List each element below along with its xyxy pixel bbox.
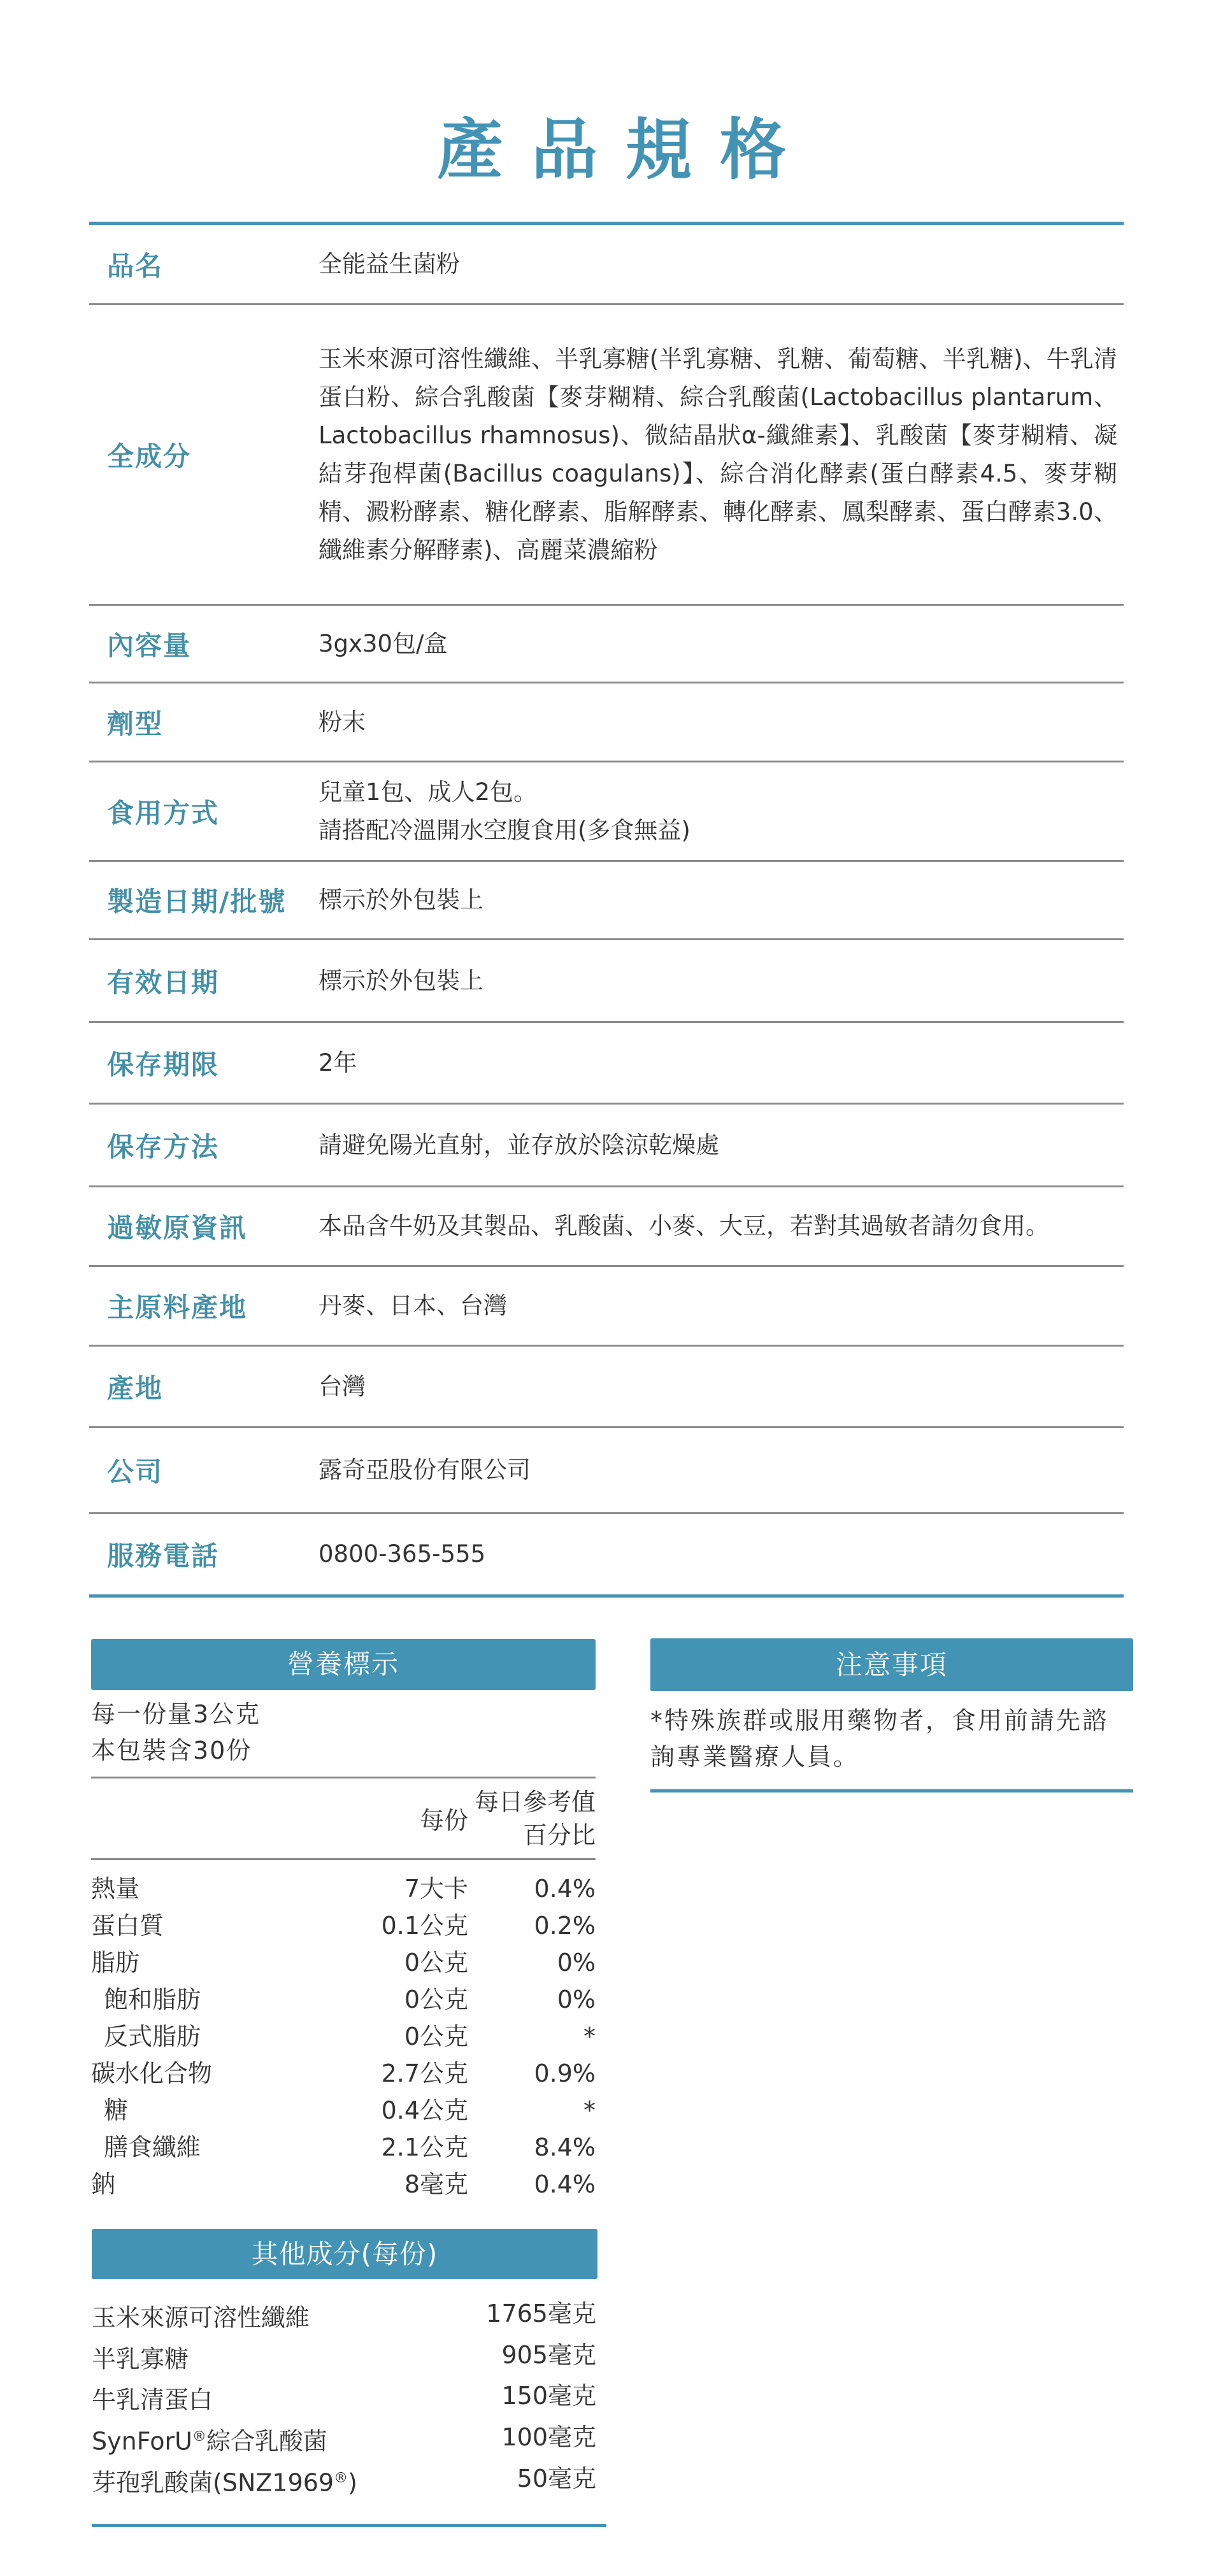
ingredient-name: 芽孢乳酸菌(SNZ1969®) <box>92 2460 517 2501</box>
ingredient-name: 牛乳清蛋白 <box>92 2377 501 2419</box>
caution-panel: 注意事項 *特殊族群或服用藥物者，食用前請先諮詢專業醫療人員。 <box>650 1638 1133 1792</box>
nutrient-per-serving: 0.1公克 <box>341 1907 468 1944</box>
spec-label: 劑型 <box>89 703 318 741</box>
nutrient-daily-percent: * <box>468 2092 596 2129</box>
ingredient-amount: 100毫克 <box>501 2419 596 2460</box>
spec-value-line: 兒童1包、成人2包。 <box>318 773 1117 812</box>
spec-value-line: 台灣 <box>318 1368 1117 1406</box>
nutrient-per-serving: 0公克 <box>341 2018 468 2055</box>
nutrition-row: 反式脂肪0公克* <box>91 2018 596 2055</box>
nutrition-row: 脂肪0公克0% <box>91 1944 596 1981</box>
nutrient-per-serving: 0.4公克 <box>341 2092 468 2129</box>
caution-bottom-divider <box>650 1789 1133 1792</box>
spec-value-line: 露奇亞股份有限公司 <box>318 1451 1117 1489</box>
spec-rows: 品名全能益生菌粉全成分玉米來源可溶性纖維、半乳寡糖(半乳寡糖、乳糖、葡萄糖、半乳… <box>89 225 1124 1598</box>
nutrient-name: 碳水化合物 <box>91 2055 341 2092</box>
nutrition-row: 碳水化合物2.7公克0.9% <box>91 2055 596 2092</box>
spec-value: 兒童1包、成人2包。請搭配冷溫開水空腹食用(多食無益) <box>318 773 1124 850</box>
spec-row: 公司露奇亞股份有限公司 <box>89 1428 1124 1514</box>
spec-label: 服務電話 <box>89 1535 318 1573</box>
spec-value: 3gx30包/盒 <box>318 625 1124 663</box>
spec-value: 玉米來源可溶性纖維、半乳寡糖(半乳寡糖、乳糖、葡萄糖、半乳糖)、牛乳清蛋白粉、綜… <box>318 340 1124 569</box>
ingredient-amount: 905毫克 <box>501 2336 596 2378</box>
spec-value-line: 2年 <box>318 1044 1117 1082</box>
spec-value-line: 請搭配冷溫開水空腹食用(多食無益) <box>318 812 1117 850</box>
nutrient-per-serving: 2.7公克 <box>341 2055 468 2092</box>
nutrient-name: 糖 <box>91 2092 341 2129</box>
nutrient-name: 反式脂肪 <box>91 2018 341 2055</box>
nutrition-rows: 熱量7大卡0.4%蛋白質0.1公克0.2%脂肪0公克0%飽和脂肪0公克0%反式脂… <box>91 1860 596 2203</box>
nutrient-per-serving: 0公克 <box>341 1944 468 1981</box>
serving-size: 每一份量3公克 <box>91 1696 596 1733</box>
servings-per-pack: 本包裝含30份 <box>91 1733 596 1769</box>
nutrient-name: 脂肪 <box>91 1944 341 1981</box>
ingredient-name: 半乳寡糖 <box>92 2336 501 2378</box>
registered-mark: ® <box>192 2429 206 2445</box>
nutrient-daily-percent: 0.9% <box>468 2055 596 2092</box>
nutrient-name: 鈉 <box>91 2166 341 2203</box>
nutrition-row: 鈉8毫克0.4% <box>91 2166 596 2203</box>
nutrient-daily-percent: 0.2% <box>468 1907 596 1944</box>
ingredient-row: SynForU®綜合乳酸菌100毫克 <box>92 2419 596 2460</box>
col-daily-value: 每日參考值 百分比 <box>468 1785 596 1852</box>
spec-row: 產地台灣 <box>89 1347 1124 1428</box>
spec-value: 露奇亞股份有限公司 <box>318 1451 1124 1489</box>
nutrition-row: 飽和脂肪0公克0% <box>91 1981 596 2018</box>
spec-value: 標示於外包裝上 <box>318 881 1124 919</box>
ingredient-amount: 150毫克 <box>501 2377 596 2419</box>
nutrient-per-serving: 7大卡 <box>341 1870 468 1907</box>
spec-value: 標示於外包裝上 <box>318 962 1124 1000</box>
spec-label: 產地 <box>89 1368 318 1406</box>
caution-header: 注意事項 <box>650 1638 1133 1691</box>
page-title: 產品規格 <box>0 105 1223 194</box>
nutrient-per-serving: 8毫克 <box>341 2166 468 2203</box>
ingredient-amount: 1765毫克 <box>486 2295 596 2336</box>
ingredient-name: 玉米來源可溶性纖維 <box>92 2295 486 2336</box>
nutrition-row: 糖0.4公克* <box>91 2092 596 2129</box>
spec-value-line: 玉米來源可溶性纖維、半乳寡糖(半乳寡糖、乳糖、葡萄糖、半乳糖)、牛乳清蛋白粉、綜… <box>318 340 1117 569</box>
ingredient-row: 半乳寡糖905毫克 <box>92 2336 596 2378</box>
spec-value: 本品含牛奶及其製品、乳酸菌、小麥、大豆，若對其過敏者請勿食用。 <box>318 1207 1124 1245</box>
spec-row: 有效日期標示於外包裝上 <box>89 940 1124 1023</box>
nutrition-row: 膳食纖維2.1公克8.4% <box>91 2129 596 2166</box>
spec-row: 保存方法請避免陽光直射，並存放於陰涼乾燥處 <box>89 1105 1124 1187</box>
spec-label: 食用方式 <box>89 792 318 831</box>
spec-value-line: 標示於外包裝上 <box>318 962 1117 1000</box>
spec-value: 2年 <box>318 1044 1124 1082</box>
spec-label: 主原料產地 <box>89 1287 318 1325</box>
spec-value-line: 粉末 <box>318 703 1117 741</box>
spec-row: 品名全能益生菌粉 <box>89 225 1124 305</box>
spec-value: 全能益生菌粉 <box>318 245 1124 283</box>
spec-label: 公司 <box>89 1451 318 1489</box>
spec-row: 服務電話0800-365-555 <box>89 1514 1124 1594</box>
other-ingredients-rows: 玉米來源可溶性纖維1765毫克半乳寡糖905毫克牛乳清蛋白150毫克SynFor… <box>92 2279 606 2501</box>
spec-value-line: 3gx30包/盒 <box>318 625 1117 663</box>
spec-table: 品名全能益生菌粉全成分玉米來源可溶性纖維、半乳寡糖(半乳寡糖、乳糖、葡萄糖、半乳… <box>89 222 1124 1598</box>
spec-value-line: 丹麥、日本、台灣 <box>318 1287 1117 1325</box>
spec-row: 製造日期/批號標示於外包裝上 <box>89 862 1124 940</box>
spec-value-line: 全能益生菌粉 <box>318 245 1117 283</box>
nutrient-name: 蛋白質 <box>91 1907 341 1944</box>
other-ingredients-header: 其他成分(每份) <box>92 2229 597 2279</box>
ingredient-row: 芽孢乳酸菌(SNZ1969®)50毫克 <box>92 2460 596 2501</box>
nutrient-name: 飽和脂肪 <box>91 1981 341 2018</box>
nutrition-header: 營養標示 <box>91 1639 596 1690</box>
spec-value: 請避免陽光直射，並存放於陰涼乾燥處 <box>318 1126 1124 1164</box>
spec-label: 製造日期/批號 <box>89 881 318 919</box>
spec-row: 劑型粉末 <box>89 683 1124 762</box>
registered-mark: ® <box>334 2470 348 2486</box>
nutrition-column-header: 每份 每日參考值 百分比 <box>91 1778 596 1858</box>
nutrient-per-serving: 2.1公克 <box>341 2129 468 2166</box>
other-ingredients-bottom-divider <box>92 2524 606 2527</box>
nutrient-name: 膳食纖維 <box>91 2129 341 2166</box>
spec-value-line: 請避免陽光直射，並存放於陰涼乾燥處 <box>318 1126 1117 1164</box>
spec-value: 丹麥、日本、台灣 <box>318 1287 1124 1325</box>
nutrition-panel: 營養標示 每一份量3公克 本包裝含30份 每份 每日參考值 百分比 熱量7大卡0… <box>91 1639 596 2203</box>
ingredient-amount: 50毫克 <box>517 2460 596 2501</box>
spec-label: 保存期限 <box>89 1044 318 1082</box>
spec-row: 內容量3gx30包/盒 <box>89 606 1124 683</box>
nutrient-per-serving: 0公克 <box>341 1981 468 2018</box>
ingredient-row: 玉米來源可溶性纖維1765毫克 <box>92 2295 596 2336</box>
nutrient-name: 熱量 <box>91 1870 341 1907</box>
spec-row: 食用方式兒童1包、成人2包。請搭配冷溫開水空腹食用(多食無益) <box>89 762 1124 862</box>
ingredient-name: SynForU®綜合乳酸菌 <box>92 2419 501 2460</box>
spec-value-line: 標示於外包裝上 <box>318 881 1117 919</box>
spec-label: 全成分 <box>89 436 318 474</box>
nutrition-row: 熱量7大卡0.4% <box>91 1870 596 1907</box>
spec-row: 保存期限2年 <box>89 1023 1124 1105</box>
nutrition-serving-info: 每一份量3公克 本包裝含30份 <box>91 1690 596 1769</box>
nutrition-row: 蛋白質0.1公克0.2% <box>91 1907 596 1944</box>
spec-value: 0800-365-555 <box>318 1535 1124 1573</box>
spec-value-line: 0800-365-555 <box>318 1535 1117 1573</box>
nutrient-daily-percent: 0% <box>468 1981 596 2018</box>
spec-row: 過敏原資訊本品含牛奶及其製品、乳酸菌、小麥、大豆，若對其過敏者請勿食用。 <box>89 1187 1124 1267</box>
nutrient-daily-percent: 0.4% <box>468 1870 596 1907</box>
spec-label: 內容量 <box>89 625 318 663</box>
spec-row: 全成分玉米來源可溶性纖維、半乳寡糖(半乳寡糖、乳糖、葡萄糖、半乳糖)、牛乳清蛋白… <box>89 305 1124 606</box>
spec-value: 台灣 <box>318 1368 1124 1406</box>
caution-text: *特殊族群或服用藥物者，食用前請先諮詢專業醫療人員。 <box>650 1691 1133 1775</box>
nutrient-daily-percent: 0.4% <box>468 2166 596 2203</box>
nutrient-daily-percent: 0% <box>468 1944 596 1981</box>
col-per-serving: 每份 <box>341 1801 468 1836</box>
spec-label: 有效日期 <box>89 962 318 1000</box>
spec-bottom-divider <box>89 1594 1124 1598</box>
spec-label: 保存方法 <box>89 1126 318 1164</box>
spec-value-line: 本品含牛奶及其製品、乳酸菌、小麥、大豆，若對其過敏者請勿食用。 <box>318 1207 1117 1245</box>
ingredient-row: 牛乳清蛋白150毫克 <box>92 2377 596 2419</box>
nutrient-daily-percent: * <box>468 2018 596 2055</box>
spec-label: 品名 <box>89 245 318 283</box>
spec-value: 粉末 <box>318 703 1124 741</box>
nutrient-daily-percent: 8.4% <box>468 2129 596 2166</box>
spec-row: 主原料產地丹麥、日本、台灣 <box>89 1267 1124 1347</box>
spec-label: 過敏原資訊 <box>89 1207 318 1245</box>
other-ingredients-panel: 其他成分(每份) 玉米來源可溶性纖維1765毫克半乳寡糖905毫克牛乳清蛋白15… <box>92 2229 606 2527</box>
